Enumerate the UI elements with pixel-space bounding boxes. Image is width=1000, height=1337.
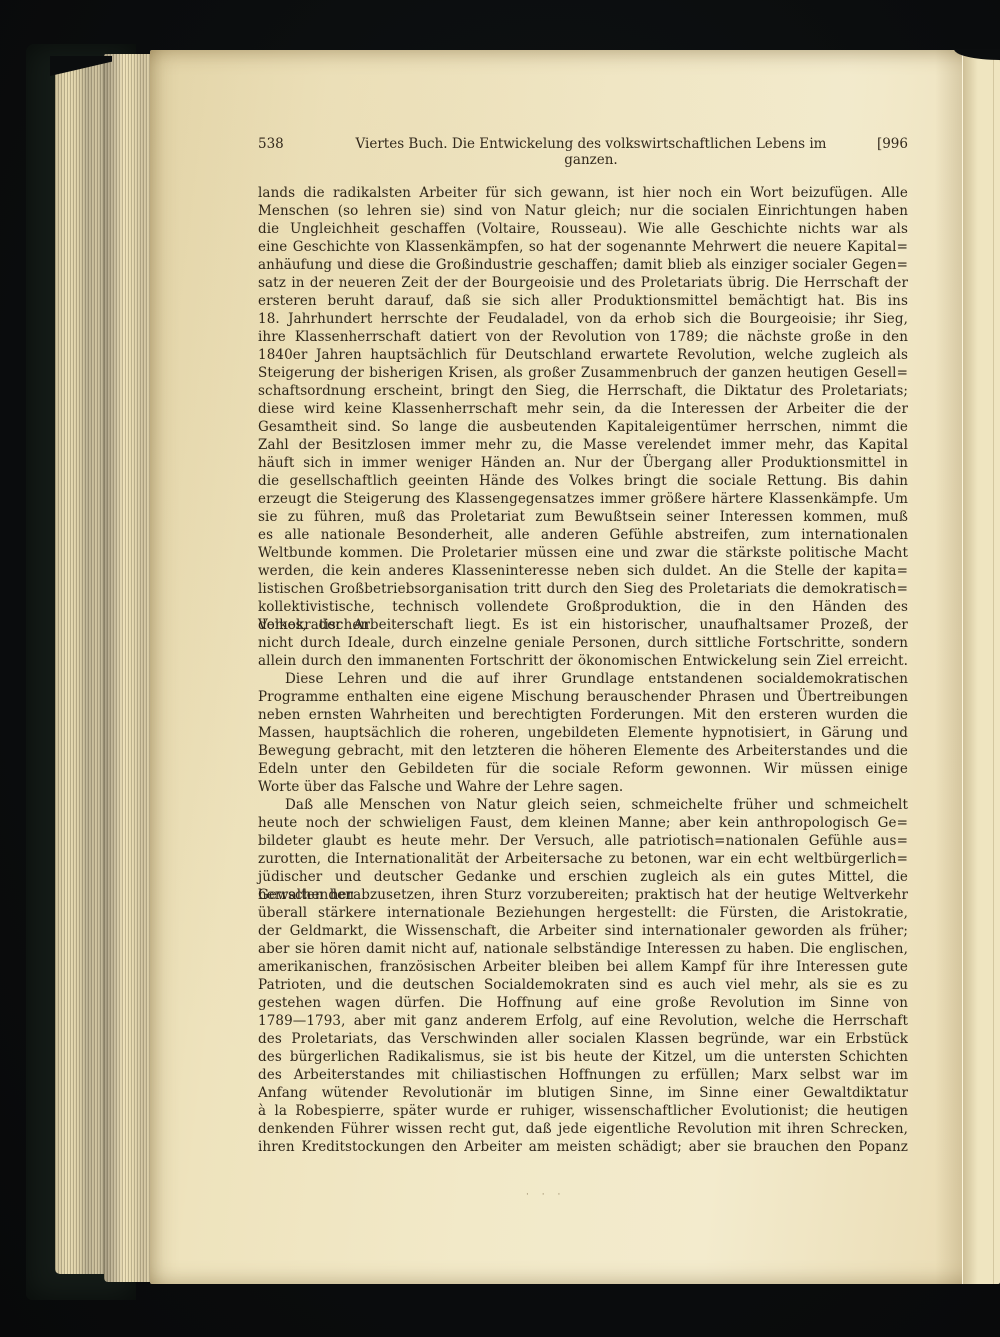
text-line: amerikanischen, französischen Arbeiter b… <box>258 958 908 976</box>
text-line: denkenden Führer wissen recht gut, daß j… <box>258 1120 908 1138</box>
book-scan-photo: 538 Viertes Buch. Die Entwickelung des v… <box>0 0 1000 1337</box>
text-line: aber sie hören damit nicht auf, national… <box>258 940 908 958</box>
text-line: bildeter glaubt es heute mehr. Der Versu… <box>258 832 908 850</box>
text-line: Worte über das Falsche und Wahre der Leh… <box>258 778 908 796</box>
page-gutter <box>962 55 1000 1284</box>
text-line: ihre Klassenherrschaft datiert von der R… <box>258 328 908 346</box>
text-line: heute noch der schwieligen Faust, dem kl… <box>258 814 908 832</box>
text-line: zurotten, die Internationalität der Arbe… <box>258 850 908 868</box>
text-line: häuft sich in immer weniger Händen an. N… <box>258 454 908 472</box>
text-line: Anfang wütender Revolutionär im blutigen… <box>258 1084 908 1102</box>
page-fold-shadow <box>935 50 963 1284</box>
text-line: 1840er Jahren hauptsächlich für Deutschl… <box>258 346 908 364</box>
text-line: ersteren beruht darauf, daß sie sich all… <box>258 292 908 310</box>
text-line: anhäufung und diese die Großindustrie ge… <box>258 256 908 274</box>
text-line: eine Geschichte von Klassenkämpfen, so h… <box>258 238 908 256</box>
text-line: listischen Großbetriebsorganisation trit… <box>258 580 908 598</box>
text-line: Gesamtheit sind. So lange die ausbeutend… <box>258 418 908 436</box>
text-line: Zahl der Besitzlosen immer mehr zu, die … <box>258 436 908 454</box>
text-line: neben ernsten Wahrheiten und berechtigte… <box>258 706 908 724</box>
text-line: schaftsordnung erscheint, bringt den Sie… <box>258 382 908 400</box>
text-line: Steigerung der bisherigen Krisen, als gr… <box>258 364 908 382</box>
text-line: werden, die kein anderes Klasseninteress… <box>258 562 908 580</box>
text-line: es alle nationale Besonderheit, alle and… <box>258 526 908 544</box>
text-line: Diese Lehren und die auf ihrer Grundlage… <box>258 670 908 688</box>
body-text: lands die radikalsten Arbeiter für sich … <box>258 184 908 1156</box>
text-line: die Ungleichheit geschaffen (Voltaire, R… <box>258 220 908 238</box>
text-line: jüdischer und deutscher Gedanke und ersc… <box>258 868 908 886</box>
text-line: Menschen (so lehren sie) sind von Natur … <box>258 202 908 220</box>
text-line: satz in der neueren Zeit der der Bourgeo… <box>258 274 908 292</box>
text-line: diese wird keine Klassenherrschaft mehr … <box>258 400 908 418</box>
text-line: allein durch den immanenten Fortschritt … <box>258 652 908 670</box>
text-line: die gesellschaftlich geeinten Hände des … <box>258 472 908 490</box>
text-line: ihren Kreditstockungen den Arbeiter am m… <box>258 1138 908 1156</box>
page-stack-outer-edge <box>55 62 107 1274</box>
text-line: lands die radikalsten Arbeiter für sich … <box>258 184 908 202</box>
text-line: nicht durch Ideale, durch einzelne genia… <box>258 634 908 652</box>
page-stack-inner-edge <box>104 54 154 1282</box>
text-line: des Arbeiterstandes mit chiliastischen H… <box>258 1066 908 1084</box>
text-line: Programme enthalten eine eigene Mischung… <box>258 688 908 706</box>
text-line: Daß alle Menschen von Natur gleich seien… <box>258 796 908 814</box>
text-line: Volkes, der Arbeiterschaft liegt. Es ist… <box>258 616 908 634</box>
running-header: 538 Viertes Buch. Die Entwickelung des v… <box>258 136 908 154</box>
text-line: der Geldmarkt, die Wissenschaft, die Arb… <box>258 922 908 940</box>
running-title: Viertes Buch. Die Entwickelung des volks… <box>328 136 854 168</box>
print-specks: · · · <box>526 1190 565 1200</box>
text-line: Edeln unter den Gebildeten für die socia… <box>258 760 908 778</box>
page-number: 538 <box>258 136 328 152</box>
text-line: à la Robespierre, später wurde er ruhige… <box>258 1102 908 1120</box>
text-line: Gewalten herabzusetzen, ihren Sturz vorz… <box>258 886 908 904</box>
text-line: Bewegung gebracht, mit den letzteren die… <box>258 742 908 760</box>
page-content: 538 Viertes Buch. Die Entwickelung des v… <box>258 136 908 1156</box>
text-line: erzeugt die Steigerung des Klassengegens… <box>258 490 908 508</box>
text-line: Weltbunde kommen. Die Proletarier müssen… <box>258 544 908 562</box>
text-line: gestehen wagen dürfen. Die Hoffnung auf … <box>258 994 908 1012</box>
book-page: 538 Viertes Buch. Die Entwickelung des v… <box>150 50 1000 1284</box>
text-line: 1789—1793, aber mit ganz anderem Erfolg,… <box>258 1012 908 1030</box>
text-line: 18. Jahrhundert herrschte der Feudaladel… <box>258 310 908 328</box>
text-line: kollektivistische, technisch vollendete … <box>258 598 908 616</box>
text-line: überall stärkere internationale Beziehun… <box>258 904 908 922</box>
text-line: Patrioten, und die deutschen Socialdemok… <box>258 976 908 994</box>
text-line: des bürgerlichen Radikalismus, sie ist b… <box>258 1048 908 1066</box>
column-number: [996 <box>854 136 908 152</box>
text-line: Massen, hauptsächlich die roheren, ungeb… <box>258 724 908 742</box>
text-line: des Proletariats, das Verschwinden aller… <box>258 1030 908 1048</box>
text-line: sie zu führen, muß das Proletariat zum B… <box>258 508 908 526</box>
